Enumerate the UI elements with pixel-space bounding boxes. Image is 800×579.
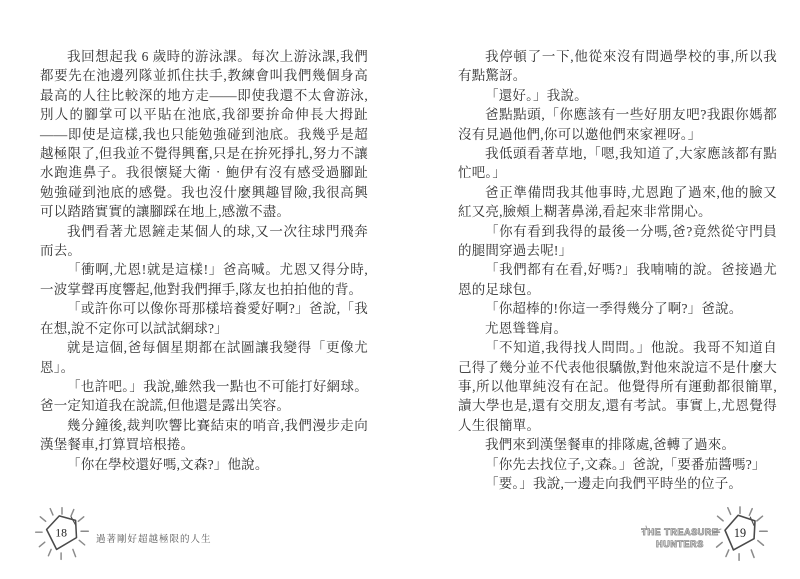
- left-page-number: 18: [55, 527, 67, 540]
- series-title-line2: HUNTERS: [641, 539, 719, 551]
- paragraph: 我停頓了一下,他從來沒有問過學校的事,所以我有點驚訝。: [458, 47, 777, 86]
- right-page-text: 我停頓了一下,他從來沒有問過學校的事,所以我有點驚訝。 「還好。」我說。 爸點點…: [458, 47, 777, 493]
- paragraph: 幾分鐘後,裁判吹響比賽結束的哨音,我們漫步走向漢堡餐車,打算買培根捲。: [40, 416, 368, 455]
- paragraph: 「或許你可以像你哥那樣培養愛好啊?」爸說,「我在想,說不定你可以試試網球?」: [40, 299, 368, 338]
- right-page-number: 19: [734, 526, 746, 540]
- paragraph: 爸正準備問我其他事時,尤恩跑了過來,他的臉又紅又亮,臉頰上糊著鼻涕,看起來非常開…: [458, 183, 777, 222]
- paragraph: 爸點點頭,「你應該有一些好朋友吧?我跟你媽都沒有見過他們,你可以邀他們來家裡呀。…: [458, 105, 777, 144]
- paragraph: 「也許吧。」我說,雖然我一點也不可能打好網球。爸一定知道我在說謊,但他還是露出笑…: [40, 377, 368, 416]
- page-number-gem-icon: 18: [33, 505, 91, 563]
- paragraph: 「衝啊,尤恩!就是這樣!」爸高喊。尤恩又得分時,一波掌聲再度響起,他對我們揮手,…: [40, 260, 368, 299]
- paragraph: 「我們都有在看,好嗎?」我喃喃的說。爸接過尤恩的足球包。: [458, 260, 777, 299]
- paragraph: 「要。」我說,一邊走向我們平時坐的位子。: [458, 474, 777, 493]
- book-spread: 我回想起我 6 歲時的游泳課。每次上游泳課,我們都要先在池邊列隊並抓住扶手,教練…: [0, 0, 800, 579]
- paragraph: 「你超棒的!你這一季得幾分了啊?」爸說。: [458, 299, 777, 318]
- paragraph: 就是這個,爸每個星期都在試圖讓我變得「更像尤恩」。: [40, 338, 368, 377]
- paragraph: 「你有看到我得的最後一分嗎,爸?竟然從守門員的腿間穿過去呢!」: [458, 222, 777, 261]
- paragraph: 「你先去找位子,文森。」爸說,「要番茄醬嗎?」: [458, 455, 777, 474]
- page-number-gem-icon: 19: [710, 504, 770, 564]
- left-page-text: 我回想起我 6 歲時的游泳課。每次上游泳課,我們都要先在池邊列隊並抓住扶手,教練…: [40, 47, 368, 474]
- paragraph: 「還好。」我說。: [458, 86, 777, 105]
- paragraph: 我們看著尤恩鏟走某個人的球,又一次往球門飛奔而去。: [40, 222, 368, 261]
- series-title: THE TREASURE HUNTERS: [641, 527, 719, 550]
- series-title-line1: THE TREASURE: [641, 527, 719, 539]
- paragraph: 我回想起我 6 歲時的游泳課。每次上游泳課,我們都要先在池邊列隊並抓住扶手,教練…: [40, 47, 368, 222]
- paragraph: 「你在學校還好嗎,文森?」他說。: [40, 455, 368, 474]
- paragraph: 我們來到漢堡餐車的排隊處,爸轉了過來。: [458, 435, 777, 454]
- running-title: 過著剛好超越極限的人生: [96, 531, 212, 545]
- paragraph: 「不知道,我得找人問問。」他說。我哥不知道自己得了幾分並不代表他很驕傲,對他來說…: [458, 338, 777, 435]
- paragraph: 尤恩聳聳肩。: [458, 319, 777, 338]
- paragraph: 我低頭看著草地,「嗯,我知道了,大家應該都有點忙吧。」: [458, 144, 777, 183]
